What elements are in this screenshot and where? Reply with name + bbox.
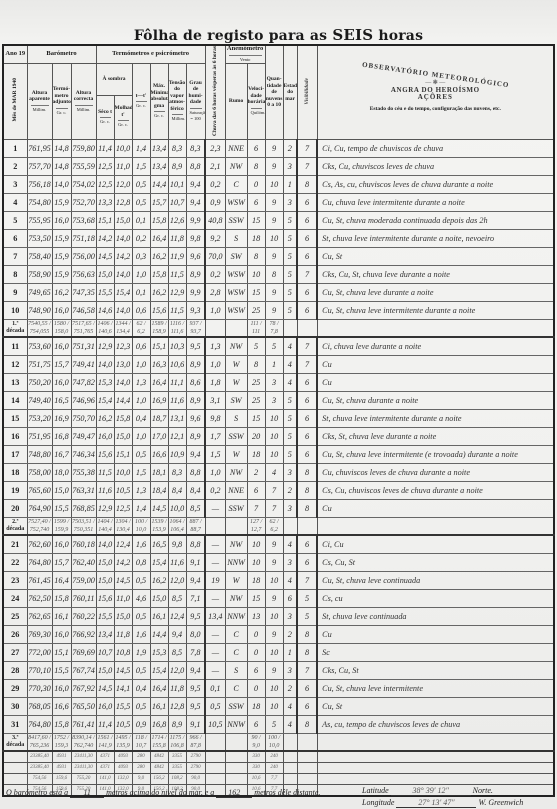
cell-chuva: 70,0 xyxy=(205,247,225,265)
cell-mar: 5 xyxy=(283,247,297,265)
cell-rumo: SW xyxy=(225,391,247,409)
sky-description: St, chuva leve continuada xyxy=(317,607,554,625)
cell-rumo: SSW xyxy=(225,499,247,517)
cell-hum: 9,6 xyxy=(186,409,205,427)
sky-description: Ci, Cu xyxy=(317,535,554,554)
cell-molh: 10,8 xyxy=(114,643,132,661)
cell-seco: 15,6 xyxy=(96,445,114,463)
cell-chuva: — xyxy=(205,499,225,517)
cell-vel: 6 xyxy=(247,661,265,679)
table-row: 12751,7515,7749,4114,013,01,016,310,68,9… xyxy=(3,355,554,373)
cell-alt-ap: 765,60 xyxy=(27,481,52,499)
month-total-chuva xyxy=(205,751,225,763)
cell-term: 14,8 xyxy=(52,139,71,157)
decade-mar xyxy=(283,733,297,751)
cell-dif: 0,4 xyxy=(132,679,150,697)
cell-nuv: 9 xyxy=(265,211,283,229)
cell-vel: 6 xyxy=(247,715,265,733)
cell-molh: 14,4 xyxy=(114,391,132,409)
cell-min: 16,2 xyxy=(150,283,168,301)
cell-molh: 10,0 xyxy=(114,139,132,157)
cell-term: 18,0 xyxy=(52,463,71,481)
decade-vel: 90 / 9,0 xyxy=(247,733,265,751)
cell-mar: 3 xyxy=(283,661,297,679)
table-row: 16751,9516,8749,4716,015,01,017,012,18,9… xyxy=(3,427,554,445)
table-row: 26769,3016,0766,9213,411,81,614,49,48,0—… xyxy=(3,625,554,643)
cell-hum: 9,1 xyxy=(186,715,205,733)
decade-min: 1589 / 158,9 xyxy=(150,319,168,337)
cell-term: 16,1 xyxy=(52,607,71,625)
observatory-stamp: OBSERVATÓRIO METEOROLÓGICO — ✱ — ANGRA D… xyxy=(318,72,553,100)
cell-dif: 0,1 xyxy=(132,283,150,301)
table-row: 8758,9015,9756,6315,014,01,015,811,58,90… xyxy=(3,265,554,283)
cell-seco: 15,0 xyxy=(96,571,114,589)
cell-min: 15,4 xyxy=(150,661,168,679)
cell-nuv: 10 xyxy=(265,229,283,247)
cell-mar: 5 xyxy=(283,391,297,409)
cell-dif: 1,4 xyxy=(132,139,150,157)
cell-tens: 8,9 xyxy=(168,715,186,733)
cell-alt-ap: 772,00 xyxy=(27,643,52,661)
cell-nuv: 9 xyxy=(265,589,283,607)
decade-mar xyxy=(283,319,297,337)
cell-vel: 6 xyxy=(247,193,265,211)
cell-hum: 9,5 xyxy=(186,337,205,356)
cell-rumo: NW xyxy=(225,589,247,607)
cell-vel: 0 xyxy=(247,643,265,661)
sky-description: Cu, St, chuva leve continuada xyxy=(317,571,554,589)
cell-dif: 4,6 xyxy=(132,589,150,607)
cell-rumo: W xyxy=(225,571,247,589)
cell-molh: 14,2 xyxy=(114,553,132,571)
cell-alt-ap: 753,60 xyxy=(27,337,52,356)
cell-nuv: 10 xyxy=(265,175,283,193)
cell-alt-cor: 751,18 xyxy=(71,229,96,247)
month-total-alt-ap: 23385,40 xyxy=(27,762,52,773)
cell-term: 15,8 xyxy=(52,589,71,607)
cell-seco: 12,5 xyxy=(96,157,114,175)
decade-label: 1.ª década xyxy=(3,319,27,337)
cell-term: 16,6 xyxy=(52,697,71,715)
cell-nuv: 10 xyxy=(265,409,283,427)
cell-seco: 15,0 xyxy=(96,661,114,679)
cell-alt-cor: 759,80 xyxy=(71,139,96,157)
decade-hum: 887 / 88,7 xyxy=(186,517,205,535)
day-number: 25 xyxy=(3,607,27,625)
cell-alt-ap: 769,30 xyxy=(27,625,52,643)
cell-rumo: C xyxy=(225,175,247,193)
cell-vel: 0 xyxy=(247,625,265,643)
month-total-molh: 4093 xyxy=(114,762,132,773)
table-row: 28770,1015,5767,7415,014,50,515,412,09,4… xyxy=(3,661,554,679)
cell-hum: 9,4 xyxy=(186,571,205,589)
cell-alt-ap: 751,95 xyxy=(27,427,52,445)
cell-vis: 6 xyxy=(297,283,317,301)
cell-rumo: W xyxy=(225,373,247,391)
cell-mar: 1 xyxy=(283,643,297,661)
cell-hum: 9,6 xyxy=(186,247,205,265)
cell-tens: 8,9 xyxy=(168,157,186,175)
cell-seco: 14,6 xyxy=(96,301,114,319)
cell-tens: 8,5 xyxy=(168,643,186,661)
cell-molh: 14,1 xyxy=(114,679,132,697)
cell-alt-ap: 749,40 xyxy=(27,391,52,409)
cell-rumo: S xyxy=(225,229,247,247)
cell-min: 16,6 xyxy=(150,445,168,463)
cell-mar: 5 xyxy=(283,265,297,283)
cell-chuva: 0,1 xyxy=(205,679,225,697)
day-number: 5 xyxy=(3,211,27,229)
cell-chuva: 0,2 xyxy=(205,481,225,499)
cell-vel: 6 xyxy=(247,139,265,157)
barometer-note: O barómetro está a 11 metros acima do ni… xyxy=(6,788,320,798)
cell-dif: 0,5 xyxy=(132,175,150,193)
table-row: 19765,6015,0763,3111,610,51,318,48,48,40… xyxy=(3,481,554,499)
cell-term: 15,5 xyxy=(52,499,71,517)
cell-vel: 25 xyxy=(247,301,265,319)
cell-dif: 1,5 xyxy=(132,157,150,175)
cell-chuva: 1,7 xyxy=(205,427,225,445)
month-total-hum: 2790 xyxy=(186,751,205,763)
decade-alt-ap: 8417,60 / 765,236 xyxy=(27,733,52,751)
table-row: 18758,0018,0755,3811,510,01,518,18,38,81… xyxy=(3,463,554,481)
sky-state-header: OBSERVATÓRIO METEOROLÓGICO — ✱ — ANGRA D… xyxy=(317,45,554,139)
cell-term: 15,5 xyxy=(52,661,71,679)
cell-molh: 14,0 xyxy=(114,265,132,283)
cell-molh: 14,0 xyxy=(114,229,132,247)
cell-tens: 8,3 xyxy=(168,139,186,157)
cell-nuv: 10 xyxy=(265,445,283,463)
cell-hum: 8,9 xyxy=(186,427,205,445)
cell-hum: 7,8 xyxy=(186,643,205,661)
decade-tens: 1175 / 106,8 xyxy=(168,733,186,751)
cell-vel: 5 xyxy=(247,337,265,356)
shade-header: À sombra xyxy=(96,64,132,96)
cell-alt-cor: 749,41 xyxy=(71,355,96,373)
month-total-rumo xyxy=(225,762,247,773)
cell-molh: 13,0 xyxy=(114,355,132,373)
cell-vis: 5 xyxy=(297,607,317,625)
cell-seco: 12,9 xyxy=(96,499,114,517)
day-number: 29 xyxy=(3,679,27,697)
sky-description: Cks, Cu, St, chuva leve durante a noite xyxy=(317,265,554,283)
cell-dif: 0,9 xyxy=(132,715,150,733)
year-header: Ano 19 xyxy=(3,45,27,64)
cell-rumo: NNW xyxy=(225,715,247,733)
sky-description: Cu xyxy=(317,355,554,373)
month-total-min: 4842 xyxy=(150,751,168,763)
cell-chuva: 10,5 xyxy=(205,715,225,733)
decade-alt-cor: 7517,65 / 751,765 xyxy=(71,319,96,337)
cell-alt-cor: 761,41 xyxy=(71,715,96,733)
decade-chuva xyxy=(205,733,225,751)
month-total-vis xyxy=(297,762,317,773)
sea-state-header: Estado do mar xyxy=(283,45,297,139)
cell-vis: 6 xyxy=(297,445,317,463)
cell-alt-cor: 754,02 xyxy=(71,175,96,193)
month-total-seco: 4371 xyxy=(96,751,114,763)
month-total-seco: 4371 xyxy=(96,762,114,773)
cell-alt-ap: 753,20 xyxy=(27,409,52,427)
cell-vis: 6 xyxy=(297,427,317,445)
table-row: 30768,0516,6765,5016,015,50,516,112,89,5… xyxy=(3,697,554,715)
cell-vis: 8 xyxy=(297,715,317,733)
cell-tens: 12,8 xyxy=(168,697,186,715)
cell-tens: 11,1 xyxy=(168,373,186,391)
cell-min: 16,5 xyxy=(150,535,168,554)
decade-alt-ap: 7527,40 / 752,740 xyxy=(27,517,52,535)
decade-dif: 100 / 10,0 xyxy=(132,517,150,535)
cell-min: 14,5 xyxy=(150,499,168,517)
cell-term: 16,0 xyxy=(52,679,71,697)
table-row: 11753,6016,0751,3112,912,30,615,110,39,5… xyxy=(3,337,554,356)
cell-min: 18,4 xyxy=(150,481,168,499)
cell-vis: 6 xyxy=(297,409,317,427)
cell-seco: 14,2 xyxy=(96,229,114,247)
decade-min: 1539 / 153,9 xyxy=(150,517,168,535)
decade-seco: 1406 / 140,6 xyxy=(96,319,114,337)
cell-molh: 12,4 xyxy=(114,535,132,554)
cell-nuv: 9 xyxy=(265,139,283,157)
table-row: 23761,4516,4759,0015,014,50,516,212,09,4… xyxy=(3,571,554,589)
cell-vis: 6 xyxy=(297,211,317,229)
cell-nuv: 10 xyxy=(265,427,283,445)
cell-molh: 10,0 xyxy=(114,463,132,481)
cell-term: 15,8 xyxy=(52,715,71,733)
cell-min: 17,0 xyxy=(150,427,168,445)
sky-description: Ci, chuva leve durante a noite xyxy=(317,337,554,356)
table-row: 3756,1814,0754,0212,512,00,514,410,19,40… xyxy=(3,175,554,193)
decade-nuv: 100 / 10,0 xyxy=(265,733,283,751)
day-number: 17 xyxy=(3,445,27,463)
decade-molh: 1495 / 135,9 xyxy=(114,733,132,751)
cell-alt-cor: 759,00 xyxy=(71,571,96,589)
cell-seco: 15,0 xyxy=(96,553,114,571)
month-total-dif: 280 xyxy=(132,762,150,773)
cell-tens: 11,8 xyxy=(168,679,186,697)
cell-rumo: W xyxy=(225,445,247,463)
sky-description: Cu, chuva leve intermitente durante a no… xyxy=(317,193,554,211)
cell-rumo: WSW xyxy=(225,265,247,283)
cell-alt-cor: 751,31 xyxy=(71,337,96,356)
cell-seco: 15,4 xyxy=(96,391,114,409)
decade-chuva xyxy=(205,517,225,535)
cell-hum: 8,5 xyxy=(186,499,205,517)
cell-alt-ap: 768,05 xyxy=(27,697,52,715)
cell-chuva: — xyxy=(205,553,225,571)
register-table: Ano 19 Barómetro Termómetros e psicrómet… xyxy=(2,44,555,797)
cell-rumo: NNW xyxy=(225,607,247,625)
cell-dif: 1,5 xyxy=(132,463,150,481)
cell-mar: 3 xyxy=(283,607,297,625)
decade-tens: 1116 / 111,6 xyxy=(168,319,186,337)
cell-hum: 9,5 xyxy=(186,697,205,715)
sky-description: Cu, St, chuva durante a noite xyxy=(317,391,554,409)
month-total-row: 23385,40493123411,3043714093280484233552… xyxy=(3,751,554,763)
cell-alt-ap: 751,75 xyxy=(27,355,52,373)
sky-description: St, chuva leve intermitente durante a no… xyxy=(317,409,554,427)
day-number: 11 xyxy=(3,337,27,356)
cell-mar: 4 xyxy=(283,571,297,589)
cell-vel: 18 xyxy=(247,445,265,463)
cell-molh: 15,0 xyxy=(114,607,132,625)
decade-min: 1714 / 155,8 xyxy=(150,733,168,751)
anemometer-header: AnemómetroVento xyxy=(225,45,265,64)
cell-alt-cor: 747,82 xyxy=(71,373,96,391)
cell-hum: 8,3 xyxy=(186,139,205,157)
cell-vis: 6 xyxy=(297,697,317,715)
day-number: 22 xyxy=(3,553,27,571)
cell-rumo: WSW xyxy=(225,301,247,319)
table-row: 6753,5015,9751,1814,214,00,216,411,89,89… xyxy=(3,229,554,247)
title-suffix: horas xyxy=(378,28,423,44)
cell-nuv: 10 xyxy=(265,679,283,697)
cell-vel: 20 xyxy=(247,427,265,445)
cell-chuva: 9,2 xyxy=(205,229,225,247)
cell-seco: 16,0 xyxy=(96,427,114,445)
decade-term: 1580 / 158,0 xyxy=(52,319,71,337)
table-row: 31764,8015,8761,4111,410,50,916,88,99,11… xyxy=(3,715,554,733)
month-header: Mês de MAR 1940 xyxy=(3,64,27,140)
cell-molh: 12,5 xyxy=(114,499,132,517)
month-total-term: 4931 xyxy=(52,762,71,773)
decade-dif: 62 / 6,2 xyxy=(132,319,150,337)
cell-vis: 6 xyxy=(297,553,317,571)
cell-alt-ap: 758,40 xyxy=(27,247,52,265)
day-number: 9 xyxy=(3,283,27,301)
cell-chuva: — xyxy=(205,535,225,554)
cell-term: 16,0 xyxy=(52,211,71,229)
cell-molh: 15,4 xyxy=(114,283,132,301)
cell-vis: 6 xyxy=(297,535,317,554)
cell-chuva: 2,3 xyxy=(205,139,225,157)
month-total-row: 23385,40493123411,3043714093280484233552… xyxy=(3,762,554,773)
table-row: 10748,9016,0746,5814,614,00,615,611,59,3… xyxy=(3,301,554,319)
cell-tens: 9,4 xyxy=(168,625,186,643)
cell-seco: 16,2 xyxy=(96,409,114,427)
cell-min: 16,1 xyxy=(150,697,168,715)
day-number: 7 xyxy=(3,247,27,265)
decade-nuv: 78 / 7,8 xyxy=(265,319,283,337)
day-number: 31 xyxy=(3,715,27,733)
cell-mar: 2 xyxy=(283,625,297,643)
cell-dif: 0,5 xyxy=(132,445,150,463)
cell-nuv: 9 xyxy=(265,661,283,679)
cell-term: 15,9 xyxy=(52,265,71,283)
cell-hum: 8,8 xyxy=(186,535,205,554)
cell-chuva: 0,2 xyxy=(205,265,225,283)
cell-alt-ap: 750,20 xyxy=(27,373,52,391)
cell-chuva: — xyxy=(205,643,225,661)
cell-min: 15,8 xyxy=(150,265,168,283)
day-number: 1 xyxy=(3,139,27,157)
cell-term: 15,7 xyxy=(52,355,71,373)
cell-tens: 10,6 xyxy=(168,355,186,373)
cell-vel: 10 xyxy=(247,553,265,571)
cell-tens: 12,6 xyxy=(168,211,186,229)
month-total-rumo xyxy=(225,751,247,763)
cell-chuva: 1,8 xyxy=(205,373,225,391)
cell-nuv: 4 xyxy=(265,463,283,481)
month-total-vis xyxy=(297,751,317,763)
cell-vis: 7 xyxy=(297,355,317,373)
cell-alt-ap: 770,30 xyxy=(27,679,52,697)
decade-rumo xyxy=(225,319,247,337)
latitude-value: 38° 39′ 12″ xyxy=(391,786,471,796)
cell-hum: 9,8 xyxy=(186,229,205,247)
cell-vel: 0 xyxy=(247,175,265,193)
decade-summary-row: 3.ª década8417,60 / 765,2361752 / 159,38… xyxy=(3,733,554,751)
month-total-min: 4842 xyxy=(150,762,168,773)
cell-nuv: 10 xyxy=(265,607,283,625)
decade-summary-row: 2.ª década7527,40 / 752,7401599 / 159,97… xyxy=(3,517,554,535)
cell-tens: 12,4 xyxy=(168,607,186,625)
cell-chuva: 0,2 xyxy=(205,175,225,193)
wind-direction-header: Rumo xyxy=(225,64,247,140)
cell-nuv: 3 xyxy=(265,391,283,409)
cell-alt-ap: 761,95 xyxy=(27,139,52,157)
rain-header: Chuva das 6 horas vésperas às 6 horas xyxy=(205,45,225,139)
cell-vis: 8 xyxy=(297,463,317,481)
cell-hum: 8,0 xyxy=(186,625,205,643)
cell-alt-ap: 758,00 xyxy=(27,463,52,481)
cell-min: 13,4 xyxy=(150,157,168,175)
cell-alt-cor: 767,92 xyxy=(71,679,96,697)
cell-molh: 14,2 xyxy=(114,247,132,265)
cell-vel: 6 xyxy=(247,481,265,499)
cell-rumo: C xyxy=(225,625,247,643)
cell-term: 16,4 xyxy=(52,571,71,589)
cell-nuv: 9 xyxy=(265,283,283,301)
cell-mar: 4 xyxy=(283,715,297,733)
decade-alt-cor: 8390,14 / 762,740 xyxy=(71,733,96,751)
month-total-tens: 3355 xyxy=(168,751,186,763)
cell-min: 15,1 xyxy=(150,337,168,356)
cell-min: 16,3 xyxy=(150,355,168,373)
cell-nuv: 10 xyxy=(265,643,283,661)
cell-alt-cor: 746,34 xyxy=(71,445,96,463)
cell-dif: 1,0 xyxy=(132,265,150,283)
cell-tens: 11,9 xyxy=(168,247,186,265)
cell-alt-ap: 749,65 xyxy=(27,283,52,301)
cell-vel: 15 xyxy=(247,211,265,229)
cell-alt-cor: 760,18 xyxy=(71,535,96,554)
cell-vel: 18 xyxy=(247,229,265,247)
cell-term: 15,9 xyxy=(52,193,71,211)
cell-hum: 7,1 xyxy=(186,589,205,607)
decade-vis xyxy=(297,517,317,535)
cell-vis: 7 xyxy=(297,571,317,589)
day-number: 4 xyxy=(3,193,27,211)
cell-vis: 6 xyxy=(297,193,317,211)
day-number: 21 xyxy=(3,535,27,554)
table-row: 2757,7014,8755,5912,511,01,513,48,98,82,… xyxy=(3,157,554,175)
month-total-chuva xyxy=(205,762,225,773)
cell-hum: 9,4 xyxy=(186,661,205,679)
cell-vel: 15 xyxy=(247,409,265,427)
cell-alt-ap: 770,10 xyxy=(27,661,52,679)
cell-min: 15,7 xyxy=(150,193,168,211)
day-number: 27 xyxy=(3,643,27,661)
cell-alt-ap: 755,95 xyxy=(27,211,52,229)
cell-mar: 2 xyxy=(283,679,297,697)
sky-description: Cu xyxy=(317,499,554,517)
cell-rumo: SSW xyxy=(225,211,247,229)
cell-term: 16,0 xyxy=(52,625,71,643)
month-total-term: 4931 xyxy=(52,751,71,763)
cell-tens: 11,5 xyxy=(168,301,186,319)
cell-mar: 3 xyxy=(283,157,297,175)
